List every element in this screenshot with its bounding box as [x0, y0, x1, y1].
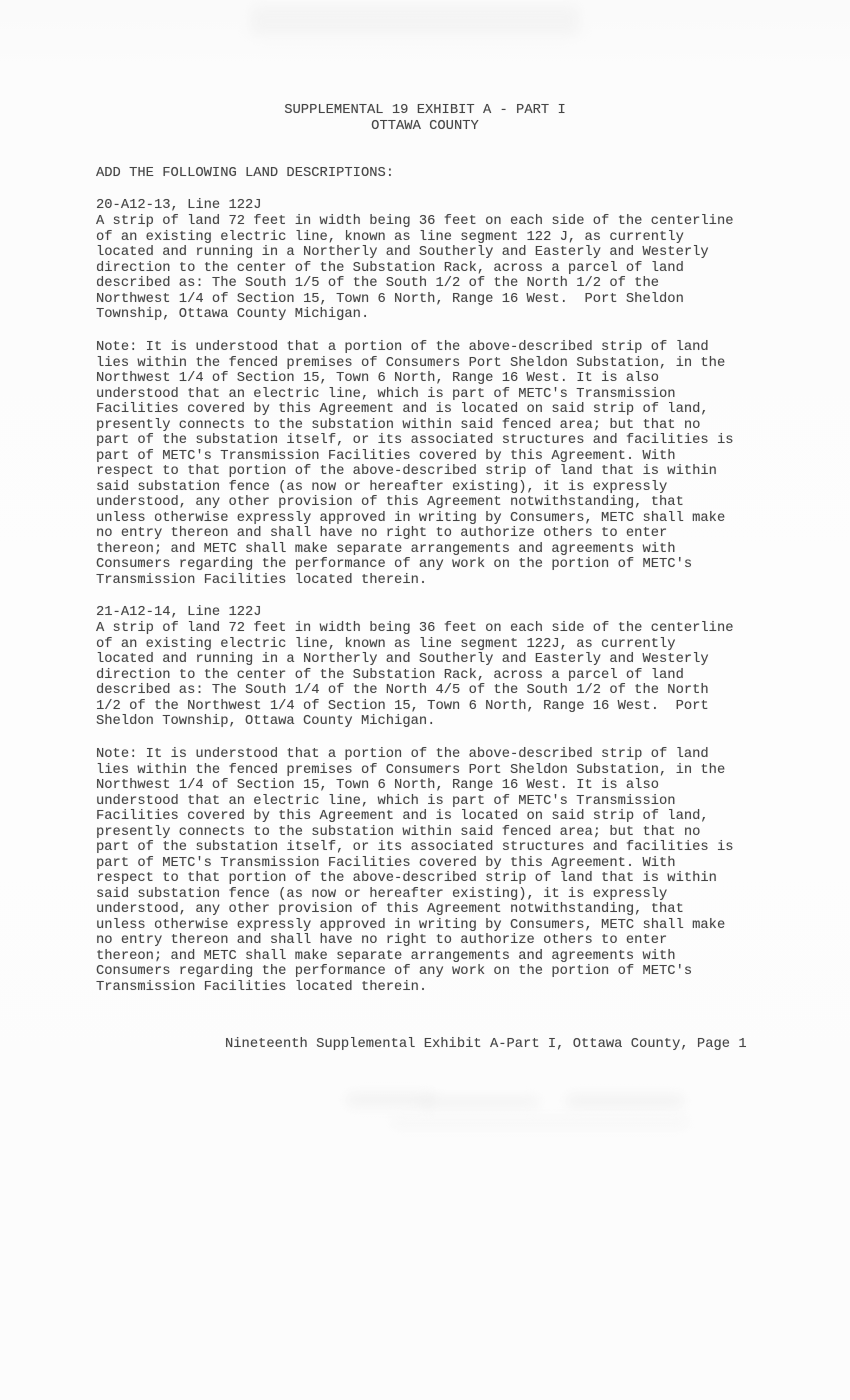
document-title: SUPPLEMENTAL 19 EXHIBIT A - PART I — [0, 103, 850, 119]
land-description: A strip of land 72 feet in width being 3… — [96, 214, 796, 323]
document-subtitle: OTTAWA COUNTY — [0, 119, 850, 135]
scan-artifact — [250, 6, 580, 36]
scan-artifact — [565, 1094, 685, 1108]
scan-artifact — [345, 1093, 435, 1107]
scan-artifact — [390, 1118, 690, 1128]
note-paragraph: Note: It is understood that a portion of… — [96, 340, 796, 588]
section-heading: 21-A12-14, Line 122J — [96, 605, 796, 621]
section-heading: 20-A12-13, Line 122J — [96, 198, 796, 214]
scanned-document-page: SUPPLEMENTAL 19 EXHIBIT A - PART I OTTAW… — [0, 0, 850, 1400]
scan-artifact — [420, 1096, 540, 1108]
land-description: A strip of land 72 feet in width being 3… — [96, 621, 796, 730]
page-footer: Nineteenth Supplemental Exhibit A-Part I… — [225, 1037, 825, 1053]
note-paragraph: Note: It is understood that a portion of… — [96, 747, 796, 995]
intro-line: ADD THE FOLLOWING LAND DESCRIPTIONS: — [96, 166, 796, 182]
document-title-block: SUPPLEMENTAL 19 EXHIBIT A - PART I OTTAW… — [0, 103, 850, 134]
